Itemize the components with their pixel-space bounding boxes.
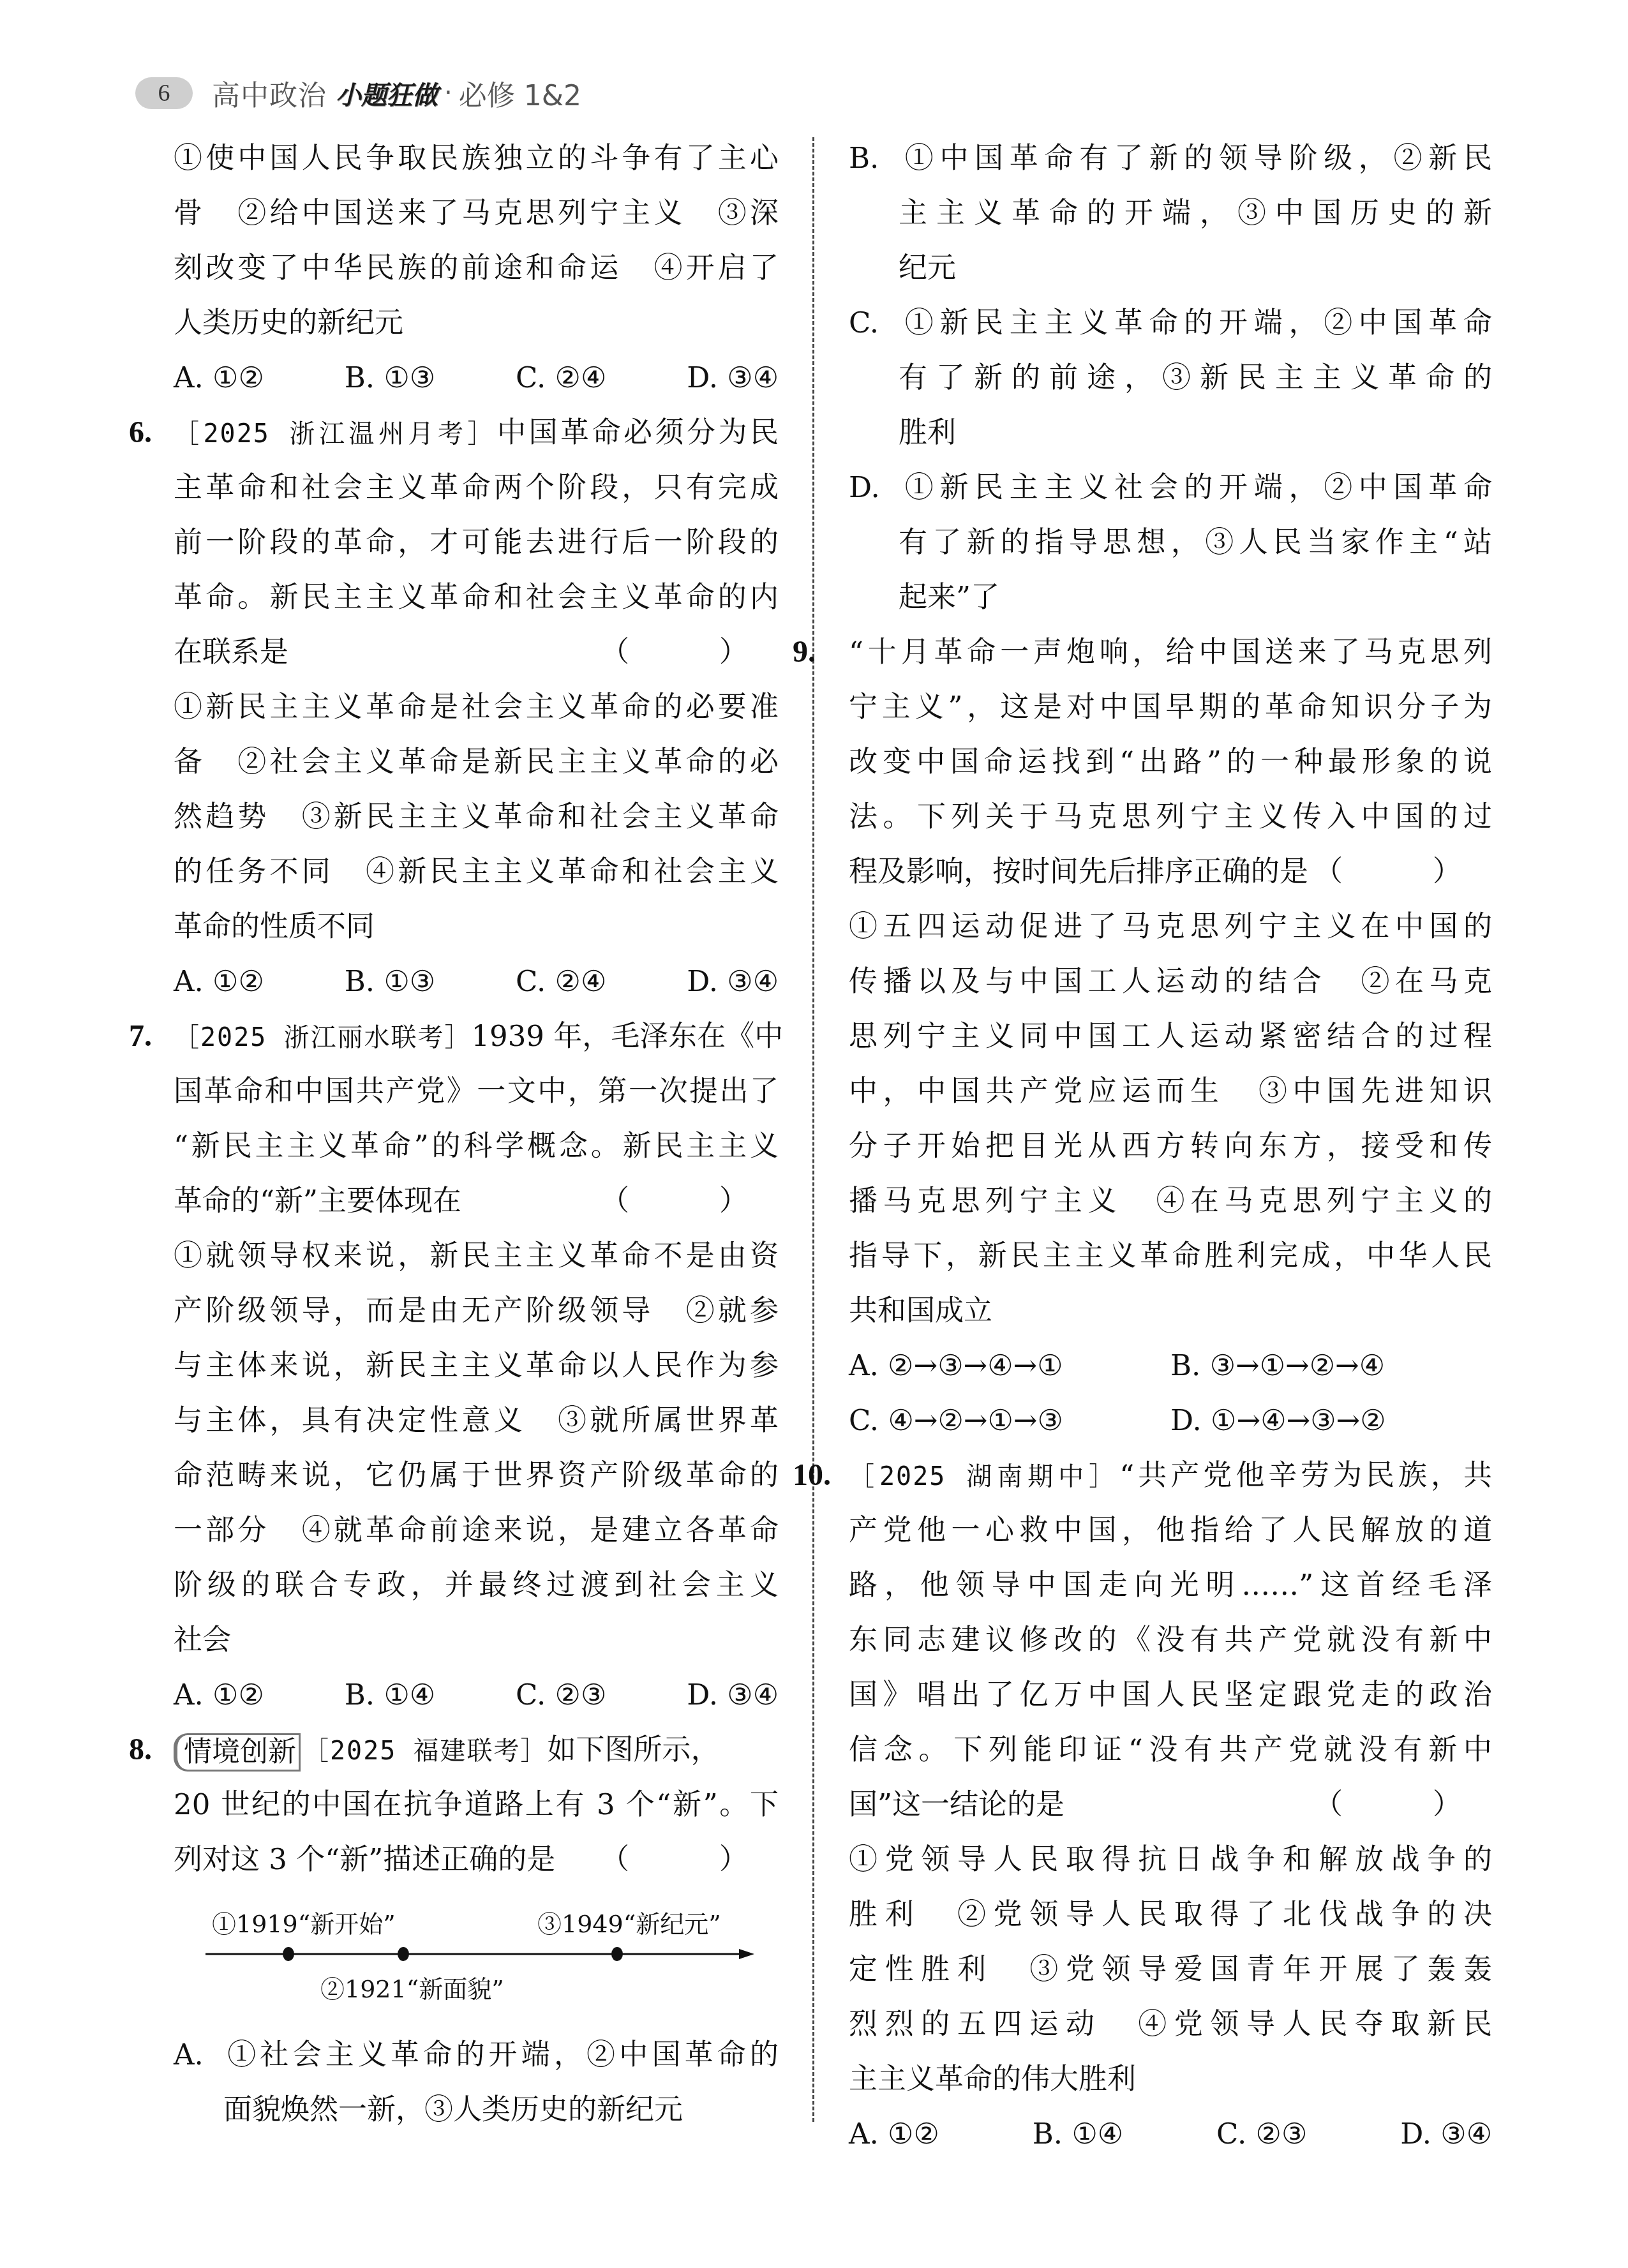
answer-blank[interactable]: （ ）	[1314, 1777, 1492, 1832]
answer-blank[interactable]: （ ）	[601, 1832, 779, 1887]
statement-line: 定性胜利 ③党领导爱国青年开展了轰轰	[849, 1942, 1492, 1997]
right-column: B.①中国革命有了新的领导阶级，②新民 主主义革命的开端，③中国历史的新 纪元 …	[849, 131, 1492, 2161]
statement-line: 骨 ②给中国送来了马克思列宁主义 ③深	[174, 186, 779, 241]
question-source: ［2025 浙江丽水联考］	[174, 1023, 471, 1052]
answer-choices: A. ①② B. ①④ C. ②③ D. ③④	[849, 2107, 1492, 2161]
question-7: 7. ［2025 浙江丽水联考］1939 年，毛泽东在《中 国革命和中国共产党》…	[174, 1009, 779, 1722]
question-number: 7.	[129, 1009, 152, 1064]
statement-line: 播马克思列宁主义 ④在马克思列宁主义的	[849, 1174, 1492, 1228]
choice-b[interactable]: B. ①④	[345, 1667, 435, 1722]
question-source: ［2025 湖南期中］	[849, 1462, 1119, 1491]
page-number-badge: 6	[135, 77, 193, 109]
question-number: 10.	[793, 1448, 831, 1503]
question-text: 信念。下列能印证“没有共产党就没有新中	[849, 1722, 1492, 1777]
statement-line: 主主义革命的伟大胜利	[849, 2052, 1492, 2107]
choice-a[interactable]: A. ①②	[174, 954, 264, 1009]
statement-line: 与主体来说，新民主主义革命以人民作为参	[174, 1338, 779, 1393]
choice-d[interactable]: D. ③④	[687, 350, 779, 405]
question-text: 中国革命必须分为民	[497, 415, 779, 449]
option-c[interactable]: C.①新民主主义革命的开端，②中国革命 有了新的前途，③新民主主义革命的 胜利	[849, 295, 1492, 460]
statement-line: 备 ②社会主义革命是新民主主义革命的必	[174, 735, 779, 789]
statement-line: 社会	[174, 1613, 779, 1667]
answer-blank[interactable]: （ ）	[1314, 844, 1492, 899]
question-source: ［2025 浙江温州月考］	[174, 419, 497, 449]
option-label: C.	[849, 295, 899, 350]
statement-line: 中，中国共产党应运而生 ③中国先进知识	[849, 1064, 1492, 1119]
brand-logo: 小题狂做	[336, 75, 438, 112]
statement-line: 与主体，具有决定性意义 ③就所属世界革	[174, 1393, 779, 1448]
statement-line: 思列宁主义同中国工人运动紧密结合的过程	[849, 1009, 1492, 1064]
timeline-point-1919: ①1919“新开始”	[212, 1910, 396, 1938]
column-divider	[812, 137, 814, 2122]
statement-line: ①五四运动促进了马克思列宁主义在中国的	[849, 899, 1492, 954]
question-text: 法。下列关于马克思列宁主义传入中国的过	[849, 789, 1492, 844]
question-text: 前一阶段的革命，才可能去进行后一阶段的	[174, 515, 779, 570]
question-text: 20 世纪的中国在抗争道路上有 3 个“新”。下	[174, 1777, 779, 1832]
answer-choices: A. ①② B. ①③ C. ②④ D. ③④	[174, 954, 779, 1009]
header-separator: ·	[444, 78, 452, 108]
question-6: 6. ［2025 浙江温州月考］中国革命必须分为民 主革命和社会主义革命两个阶段…	[174, 405, 779, 1009]
answer-choices: A. ②→③→④→① B. ③→①→②→④ C. ④→②→①→③ D. ①→④→…	[849, 1338, 1492, 1448]
question-text: 东同志建议修改的《没有共产党就没有新中	[849, 1613, 1492, 1667]
statement-line: 共和国成立	[849, 1283, 1492, 1338]
answer-blank[interactable]: （ ）	[601, 625, 779, 680]
question-source: ［2025 福建联考］	[303, 1736, 547, 1766]
question-number: 6.	[129, 405, 152, 460]
question-number: 9.	[793, 625, 816, 680]
question-text: 革命。新民主主义革命和社会主义革命的内	[174, 570, 779, 625]
left-column: ①使中国人民争取民族独立的斗争有了主心 骨 ②给中国送来了马克思列宁主义 ③深 …	[174, 131, 779, 2137]
question-5-tail: ①使中国人民争取民族独立的斗争有了主心 骨 ②给中国送来了马克思列宁主义 ③深 …	[174, 131, 779, 405]
question-number: 8.	[129, 1722, 152, 1777]
statement-line: 一部分 ④就革命前途来说，是建立各革命	[174, 1503, 779, 1558]
question-text: 路，他领导中国走向光明……”这首经毛泽	[849, 1558, 1492, 1613]
choice-b[interactable]: B. ①③	[345, 954, 435, 1009]
choice-d[interactable]: D. ③④	[1400, 2107, 1492, 2161]
choice-a[interactable]: A. ①②	[174, 350, 264, 405]
question-10: 10. ［2025 湖南期中］“共产党他辛劳为民族，共 产党他一心救中国，他指给…	[849, 1448, 1492, 2161]
option-text: ①中国革命有了新的领导阶级，②新民	[899, 141, 1492, 175]
statement-line: ①就领导权来说，新民主主义革命不是由资	[174, 1228, 779, 1283]
statement-line: 阶级的联合专政，并最终过渡到社会主义	[174, 1558, 779, 1613]
choice-c[interactable]: C. ②④	[516, 350, 606, 405]
statement-line: 传播以及与中国工人运动的结合 ②在马克	[849, 954, 1492, 1009]
question-9: 9. “十月革命一声炮响，给中国送来了马克思列 宁主义”，这是对中国早期的革命知…	[849, 625, 1492, 1448]
statement-line: 革命的性质不同	[174, 899, 779, 954]
statement-line: 指导下，新民主主义革命胜利完成，中华人民	[849, 1228, 1492, 1283]
question-8: 8. 情境创新［2025 福建联考］如下图所示， 20 世纪的中国在抗争道路上有…	[174, 1722, 779, 2137]
statement-line: 的任务不同 ④新民主主义革命和社会主义	[174, 844, 779, 899]
choice-b[interactable]: B. ③→①→②→④	[1170, 1338, 1492, 1393]
question-text: 1939 年，毛泽东在《中	[471, 1019, 783, 1053]
statement-line: ①使中国人民争取民族独立的斗争有了主心	[174, 131, 779, 186]
question-text: 革命的“新”主要体现在	[174, 1184, 461, 1218]
question-text: 程及影响，按时间先后排序正确的是	[849, 854, 1308, 888]
statement-line: ①新民主主义革命是社会主义革命的必要准	[174, 680, 779, 735]
statement-line: 命范畴来说，它仍属于世界资产阶级革命的	[174, 1448, 779, 1503]
option-text: 起来”了	[849, 570, 1492, 625]
option-d[interactable]: D.①新民主主义社会的开端，②中国革命 有了新的指导思想，③人民当家作主“站 起…	[849, 460, 1492, 625]
question-text: “共产党他辛劳为民族，共	[1119, 1458, 1492, 1492]
volume-label: 必修 1&2	[459, 73, 581, 114]
choice-c[interactable]: C. ②③	[516, 1667, 606, 1722]
choice-d[interactable]: D. ③④	[687, 1667, 779, 1722]
subject-title: 高中政治	[212, 73, 327, 114]
question-text: 国”这一结论的是	[849, 1787, 1064, 1821]
statement-line: 人类历史的新纪元	[174, 295, 779, 350]
choice-a[interactable]: A. ①②	[174, 1667, 264, 1722]
option-a[interactable]: A.①社会主义革命的开端，②中国革命的 面貌焕然一新，③人类历史的新纪元	[174, 2027, 779, 2137]
statement-line: 然趋势 ③新民主主义革命和社会主义革命	[174, 789, 779, 844]
choice-a[interactable]: A. ②→③→④→①	[849, 1338, 1170, 1393]
question-text: 产党他一心救中国，他指给了人民解放的道	[849, 1503, 1492, 1558]
question-text: 在联系是	[174, 635, 288, 669]
page-number: 6	[158, 79, 170, 107]
choice-c[interactable]: C. ②④	[516, 954, 606, 1009]
option-text: 主主义革命的开端，③中国历史的新	[849, 186, 1492, 241]
answer-choices: A. ①② B. ①④ C. ②③ D. ③④	[174, 1667, 779, 1722]
question-text: “新民主主义革命”的科学概念。新民主主义	[174, 1119, 779, 1174]
question-text: 主革命和社会主义革命两个阶段，只有完成	[174, 460, 779, 515]
question-text: 国革命和中国共产党》一文中，第一次提出了	[174, 1064, 779, 1119]
option-text: 纪元	[849, 241, 1492, 295]
option-text: 有了新的指导思想，③人民当家作主“站	[849, 515, 1492, 570]
choice-c[interactable]: C. ④→②→①→③	[849, 1393, 1170, 1448]
statement-line: 产阶级领导，而是由无产阶级领导 ②就参	[174, 1283, 779, 1338]
question-text: 宁主义”，这是对中国早期的革命知识分子为	[849, 680, 1492, 735]
statement-line: ①党领导人民取得抗日战争和解放战争的	[849, 1832, 1492, 1887]
timeline-point-1949: ③1949“新纪元”	[537, 1910, 721, 1938]
question-text: “十月革命一声炮响，给中国送来了马克思列	[849, 635, 1492, 669]
timeline-point-1921: ②1921“新面貌”	[320, 1975, 504, 2003]
option-text: 有了新的前途，③新民主主义革命的	[849, 350, 1492, 405]
answer-choices: A. ①② B. ①③ C. ②④ D. ③④	[174, 350, 779, 405]
choice-a[interactable]: A. ①②	[849, 2107, 939, 2161]
page-header: 6 高中政治 小题狂做 · 必修 1&2	[135, 75, 581, 111]
scenario-innovation-badge: 情境创新	[174, 1733, 301, 1772]
question-text: 列对这 3 个“新”描述正确的是	[174, 1842, 555, 1876]
choice-b[interactable]: B. ①③	[345, 350, 435, 405]
statement-line: 分子开始把目光从西方转向东方，接受和传	[849, 1119, 1492, 1174]
option-b[interactable]: B.①中国革命有了新的领导阶级，②新民 主主义革命的开端，③中国历史的新 纪元	[849, 131, 1492, 295]
choice-d[interactable]: D. ③④	[687, 954, 779, 1009]
question-text: 如下图所示，	[547, 1733, 719, 1766]
option-text: ①新民主主义社会的开端，②中国革命	[899, 470, 1492, 504]
choice-d[interactable]: D. ①→④→③→②	[1170, 1393, 1492, 1448]
question-text: 改变中国命运找到“出路”的一种最形象的说	[849, 735, 1492, 789]
option-label: A.	[174, 2027, 223, 2082]
option-text: 面貌焕然一新，③人类历史的新纪元	[174, 2082, 779, 2137]
choice-b[interactable]: B. ①④	[1033, 2107, 1123, 2161]
timeline-diagram: ①1919“新开始” ②1921“新面貌” ③1949“新纪元”	[199, 1893, 761, 2015]
question-text: 国》唱出了亿万中国人民坚定跟党走的政治	[849, 1667, 1492, 1722]
option-text: ①新民主主义革命的开端，②中国革命	[899, 306, 1492, 339]
statement-line: 刻改变了中华民族的前途和命运 ④开启了	[174, 241, 779, 295]
option-label: D.	[849, 460, 899, 515]
statement-line: 烈烈的五四运动 ④党领导人民夺取新民	[849, 1997, 1492, 2052]
statement-line: 胜利 ②党领导人民取得了北伐战争的决	[849, 1887, 1492, 1942]
answer-blank[interactable]: （ ）	[601, 1174, 779, 1228]
option-text: ①社会主义革命的开端，②中国革命的	[223, 2038, 779, 2071]
option-text: 胜利	[849, 405, 1492, 460]
option-label: B.	[849, 131, 899, 186]
choice-c[interactable]: C. ②③	[1216, 2107, 1307, 2161]
